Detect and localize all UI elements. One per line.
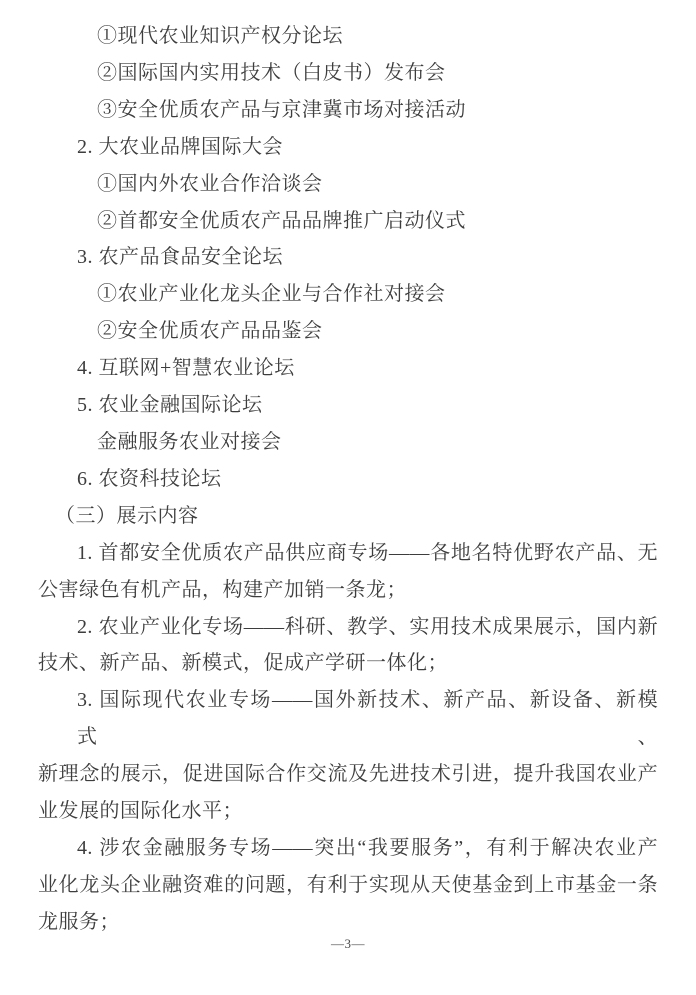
section-heading: （三）展示内容 <box>38 498 658 535</box>
paragraph-line: 业发展的国际化水平； <box>38 793 658 830</box>
list-item-plain: 金融服务农业对接会 <box>38 424 658 461</box>
list-item-numbered: 5. 农业金融国际论坛 <box>38 387 658 424</box>
paragraph-line: 3. 国际现代农业专场——国外新技术、新产品、新设备、新模式、 <box>38 682 658 756</box>
page-number: —3— <box>0 936 696 952</box>
list-item-numbered: 3. 农产品食品安全论坛 <box>38 239 658 276</box>
list-item-circled: ②国际国内实用技术（白皮书）发布会 <box>38 55 658 92</box>
paragraph-line: 新理念的展示，促进国际合作交流及先进技术引进，提升我国农业产 <box>38 756 658 793</box>
list-item-circled: ③安全优质农产品与京津冀市场对接活动 <box>38 92 658 129</box>
list-item-circled: ①现代农业知识产权分论坛 <box>38 18 658 55</box>
paragraph-line: 技术、新产品、新模式，促成产学研一体化； <box>38 645 658 682</box>
document-body: ①现代农业知识产权分论坛 ②国际国内实用技术（白皮书）发布会 ③安全优质农产品与… <box>38 18 658 941</box>
list-item-numbered: 4. 互联网+智慧农业论坛 <box>38 350 658 387</box>
list-item-numbered: 2. 大农业品牌国际大会 <box>38 129 658 166</box>
document-page: ①现代农业知识产权分论坛 ②国际国内实用技术（白皮书）发布会 ③安全优质农产品与… <box>0 0 696 995</box>
list-item-circled: ②安全优质农产品品鉴会 <box>38 313 658 350</box>
list-item-circled: ②首都安全优质农产品品牌推广启动仪式 <box>38 203 658 240</box>
paragraph-line: 1. 首都安全优质农产品供应商专场——各地名特优野农产品、无 <box>38 535 658 572</box>
paragraph-line: 4. 涉农金融服务专场——突出“我要服务”，有利于解决农业产 <box>38 830 658 867</box>
paragraph-line: 业化龙头企业融资难的问题，有利于实现从天使基金到上市基金一条 <box>38 867 658 904</box>
list-item-numbered: 6. 农资科技论坛 <box>38 461 658 498</box>
list-item-circled: ①农业产业化龙头企业与合作社对接会 <box>38 276 658 313</box>
paragraph-line: 2. 农业产业化专场——科研、教学、实用技术成果展示，国内新 <box>38 609 658 646</box>
paragraph-line: 公害绿色有机产品，构建产加销一条龙； <box>38 572 658 609</box>
list-item-circled: ①国内外农业合作洽谈会 <box>38 166 658 203</box>
